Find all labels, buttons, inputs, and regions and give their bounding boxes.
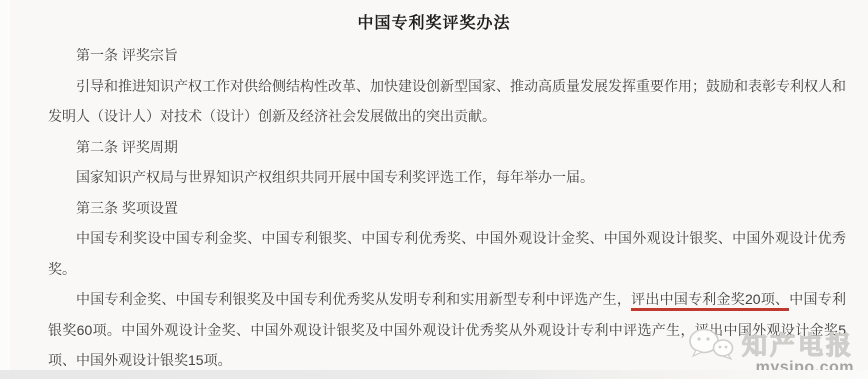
article-1-heading: 第一条 评奖宗旨 [48,40,846,71]
document-body: 第一条 评奖宗旨 引导和推进知识产权工作对供给侧结构性改革、加快建设创新型国家、… [48,40,846,376]
article-3-body-2-prefix: 中国专利金奖、中国专利银奖及中国专利优秀奖从发明专利和实用新型专利中评选产生， [76,291,631,307]
page-title: 中国专利奖评奖办法 [0,10,868,33]
article-2-heading: 第二条 评奖周期 [48,132,846,163]
page-left-edge [0,0,10,379]
highlighted-award-count-text: 评出中国专利金奖20项、 [631,291,789,311]
bottom-strip [0,370,868,379]
article-3-heading: 第三条 奖项设置 [48,193,846,224]
article-3-body-1: 中国专利奖设中国专利金奖、中国专利银奖、中国专利优秀奖、中国外观设计金奖、中国外… [48,223,846,284]
article-2-body: 国家知识产权局与世界知识产权组织共同开展中国专利奖评选工作，每年举办一届。 [48,162,846,193]
article-1-body: 引导和推进知识产权工作对供给侧结构性改革、加快建设创新型国家、推动高质量发展发挥… [48,71,846,132]
article-3-body-2: 中国专利金奖、中国专利银奖及中国专利优秀奖从发明专利和实用新型专利中评选产生，评… [48,284,846,376]
